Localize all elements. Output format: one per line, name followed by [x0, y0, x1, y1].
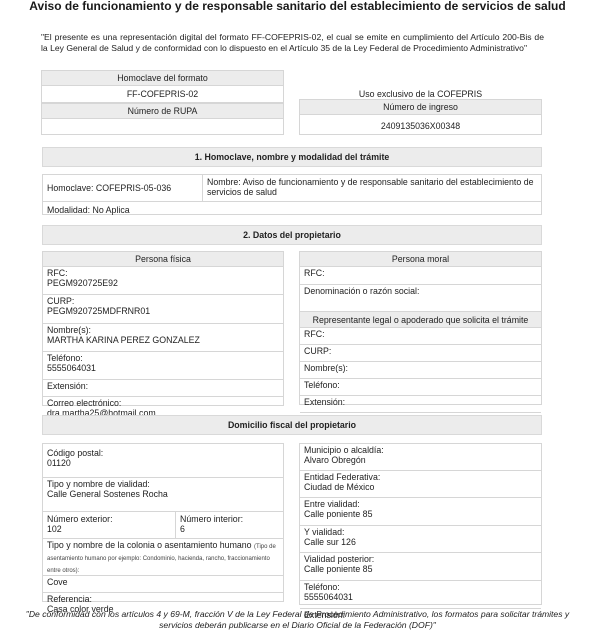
pf-curp-label: CURP:: [47, 296, 279, 306]
entidad-label: Entidad Federativa:: [304, 472, 537, 482]
codigo-postal: Código postal: 01120: [43, 444, 283, 478]
pf-nombre-value: MARTHA KARINA PEREZ GONZALEZ: [47, 335, 279, 345]
persona-fisica-table: Persona física RFC: PEGM920725E92 CURP: …: [42, 251, 284, 406]
numero-ingreso-label: Número de ingreso: [300, 100, 541, 115]
pf-telefono-value: 5555064031: [47, 363, 279, 373]
y-vialidad: Y vialidad: Calle sur 126: [300, 526, 541, 553]
numero-interior: Número interior: 6: [176, 512, 283, 538]
municipio: Municipio o alcaldía: Alvaro Obregón: [300, 444, 541, 471]
pf-nombre: Nombre(s): MARTHA KARINA PEREZ GONZALEZ: [43, 324, 283, 352]
domicilio-telefono-value: 5555064031: [304, 592, 537, 602]
rep-curp: CURP:: [300, 345, 541, 362]
pf-curp-value: PEGM920725MDFRNR01: [47, 306, 279, 316]
pf-rfc: RFC: PEGM920725E92: [43, 267, 283, 295]
pf-nombre-label: Nombre(s):: [47, 325, 279, 335]
rep-nombre: Nombre(s):: [300, 362, 541, 379]
pf-correo-label: Correo electrónico:: [47, 398, 279, 408]
y-vialidad-value: Calle sur 126: [304, 537, 537, 547]
section1-header: 1. Homoclave, nombre y modalidad del trá…: [42, 147, 542, 167]
numero-exterior-label: Número exterior:: [47, 514, 171, 524]
entre-vialidad-value: Calle poniente 85: [304, 509, 537, 519]
domicilio-right-table: Municipio o alcaldía: Alvaro Obregón Ent…: [299, 443, 542, 605]
pf-rfc-value: PEGM920725E92: [47, 278, 279, 288]
persona-moral-table: Persona moral RFC: Denominación o razón …: [299, 251, 542, 405]
pm-denominacion: Denominación o razón social:: [300, 285, 541, 312]
domicilio-header: Domicilio fiscal del propietario: [42, 415, 542, 435]
document-title: Aviso de funcionamiento y de responsable…: [20, 0, 575, 13]
municipio-value: Alvaro Obregón: [304, 455, 537, 465]
pf-curp: CURP: PEGM920725MDFRNR01: [43, 295, 283, 324]
numero-interior-value: 6: [180, 524, 279, 534]
modalidad-tramite: Modalidad: No Aplica: [43, 202, 541, 218]
colonia-label-cell: Tipo y nombre de la colonia o asentamien…: [43, 539, 283, 576]
format-box: Homoclave del formato FF-COFEPRIS-02 Núm…: [41, 70, 284, 135]
referencia-label: Referencia:: [47, 594, 279, 604]
pf-extension: Extensión:: [43, 380, 283, 397]
section1-table: Homoclave: COFEPRIS-05-036 Nombre: Aviso…: [42, 174, 542, 215]
vialidad-posterior: Vialidad posterior: Calle poniente 85: [300, 553, 541, 581]
numero-exterior: Número exterior: 102: [43, 512, 176, 538]
domicilio-telefono-label: Teléfono:: [304, 582, 537, 592]
pf-telefono: Teléfono: 5555064031: [43, 352, 283, 380]
vialidad-label: Tipo y nombre de vialidad:: [47, 479, 279, 489]
representante-header: Representante legal o apoderado que soli…: [300, 312, 541, 328]
numero-interior-label: Número interior:: [180, 514, 279, 524]
intro-paragraph: "El presente es una representación digit…: [41, 32, 544, 53]
rep-telefono: Teléfono:: [300, 379, 541, 396]
vialidad-posterior-value: Calle poniente 85: [304, 564, 537, 574]
persona-moral-header: Persona moral: [300, 252, 541, 267]
cofepris-box: Número de ingreso 2409135036X00348: [299, 99, 542, 135]
vialidad-value: Calle General Sostenes Rocha: [47, 489, 279, 499]
rupa-value: [42, 119, 283, 141]
vialidad-posterior-label: Vialidad posterior:: [304, 554, 537, 564]
entre-vialidad-label: Entre vialidad:: [304, 499, 537, 509]
pf-extension-label: Extensión:: [47, 381, 279, 391]
domicilio-left-table: Código postal: 01120 Tipo y nombre de vi…: [42, 443, 284, 602]
pm-rfc: RFC:: [300, 267, 541, 285]
footer-note: "De conformidad con los artículos 4 y 69…: [20, 609, 575, 630]
numero-ingreso-value: 2409135036X00348: [300, 115, 541, 137]
domicilio-telefono: Teléfono: 5555064031: [300, 581, 541, 609]
homoclave-formato-label: Homoclave del formato: [42, 71, 283, 86]
homoclave-formato-value: FF-COFEPRIS-02: [42, 86, 283, 103]
y-vialidad-label: Y vialidad:: [304, 527, 537, 537]
entidad-value: Ciudad de México: [304, 482, 537, 492]
cofepris-caption: Uso exclusivo de la COFEPRIS: [299, 89, 542, 99]
homoclave-tramite: Homoclave: COFEPRIS-05-036: [43, 175, 203, 201]
entidad-federativa: Entidad Federativa: Ciudad de México: [300, 471, 541, 498]
codigo-postal-label: Código postal:: [47, 448, 279, 458]
entre-vialidad: Entre vialidad: Calle poniente 85: [300, 498, 541, 526]
nombre-tramite: Nombre: Aviso de funcionamiento y de res…: [203, 175, 541, 201]
pf-telefono-label: Teléfono:: [47, 353, 279, 363]
municipio-label: Municipio o alcaldía:: [304, 445, 537, 455]
rupa-label: Número de RUPA: [42, 103, 283, 119]
rep-rfc: RFC:: [300, 328, 541, 345]
rep-extension: Extensión:: [300, 396, 541, 413]
section2-header: 2. Datos del propietario: [42, 225, 542, 245]
vialidad: Tipo y nombre de vialidad: Calle General…: [43, 478, 283, 512]
colonia-label: Tipo y nombre de la colonia o asentamien…: [47, 540, 252, 550]
codigo-postal-value: 01120: [47, 458, 279, 468]
numero-exterior-value: 102: [47, 524, 171, 534]
pf-rfc-label: RFC:: [47, 268, 279, 278]
persona-fisica-header: Persona física: [43, 252, 283, 267]
colonia-value: Cove: [43, 576, 283, 593]
